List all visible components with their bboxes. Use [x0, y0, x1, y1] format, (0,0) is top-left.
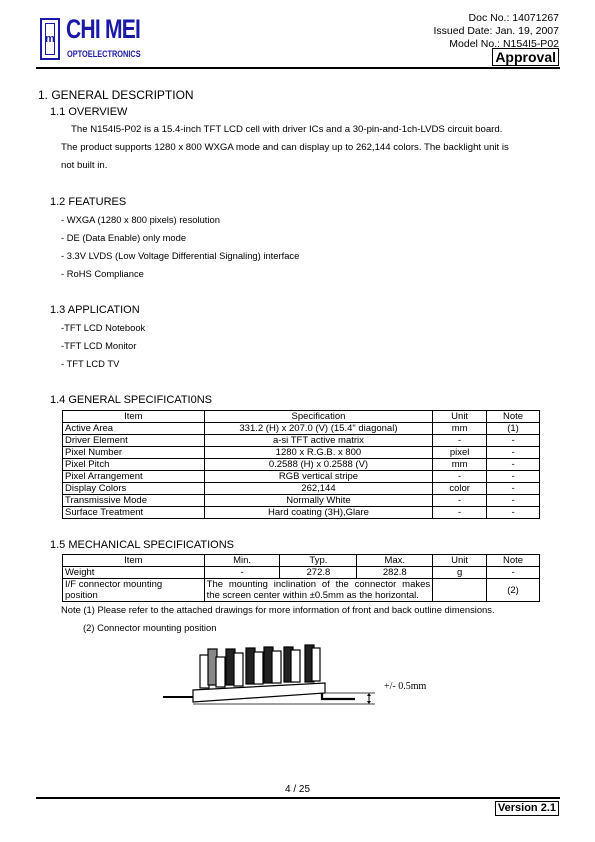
note-2: (2) Connector mounting position [83, 622, 216, 633]
tolerance-label: +/- 0.5mm [384, 681, 426, 692]
cell-specification: 262,144 [204, 483, 432, 495]
cell-item-line: I/F connector mounting [65, 579, 202, 590]
overview-line-3: not built in. [61, 157, 107, 175]
feature-item: - WXGA (1280 x 800 pixels) resolution [61, 214, 220, 225]
cell-note: (1) [487, 423, 540, 435]
cell-note: - [487, 447, 540, 459]
version-badge: Version 2.1 [495, 801, 559, 816]
logo-mark-glyph: m [45, 23, 55, 55]
table-row: I/F connector mounting position The moun… [63, 579, 540, 602]
cell-note: - [487, 507, 540, 519]
header-divider [36, 67, 560, 69]
cell-specification: 331.2 (H) x 207.0 (V) (15.4" diagonal) [204, 423, 432, 435]
logo-subtitle: OPTOELECTRONICS [67, 49, 141, 59]
column-header: Item [63, 411, 205, 423]
cell-note: (2) [487, 579, 540, 602]
column-header: Min. [204, 555, 280, 567]
table-row: Driver Elementa-si TFT active matrix-- [63, 435, 540, 447]
cell-item-line: position [65, 590, 202, 601]
overview-title: 1.1 OVERVIEW [50, 106, 127, 118]
cell-typ: 272.8 [280, 567, 357, 579]
column-header: Item [63, 555, 205, 567]
cell-unit: color [433, 483, 487, 495]
description-line: the screen center within ±0.5mm as the h… [207, 590, 430, 601]
mechanical-specs-table: Item Min. Typ. Max. Unit Note Weight - 2… [62, 554, 540, 602]
cell-note: - [487, 471, 540, 483]
cell-unit: - [433, 507, 487, 519]
table-row: Active Area331.2 (H) x 207.0 (V) (15.4" … [63, 423, 540, 435]
cell-unit: g [433, 567, 487, 579]
cell-item: Pixel Number [63, 447, 205, 459]
issued-date: Issued Date: Jan. 19, 2007 [433, 25, 559, 38]
cell-specification: 0.2588 (H) x 0.2588 (V) [204, 459, 432, 471]
column-header: Typ. [280, 555, 357, 567]
table-row: Pixel Pitch0.2588 (H) x 0.2588 (V)mm- [63, 459, 540, 471]
overview-line-1: The N154I5-P02 is a 15.4-inch TFT LCD ce… [71, 121, 502, 139]
column-header: Unit [433, 555, 487, 567]
cell-note: - [487, 567, 540, 579]
general-specs-table: Item Specification Unit Note Active Area… [62, 410, 540, 519]
cell-item: Weight [63, 567, 205, 579]
cell-item: Active Area [63, 423, 205, 435]
cell-unit: - [433, 471, 487, 483]
cell-specification: a-si TFT active matrix [204, 435, 432, 447]
table-row: Display Colors262,144color- [63, 483, 540, 495]
page-number: 4 / 25 [0, 784, 595, 795]
cell-item: Pixel Arrangement [63, 471, 205, 483]
cell-note: - [487, 495, 540, 507]
note-1: Note (1) Please refer to the attached dr… [61, 604, 495, 615]
cell-unit: - [433, 495, 487, 507]
cell-unit: pixel [433, 447, 487, 459]
logo-mark: m [40, 18, 60, 60]
cell-item: Driver Element [63, 435, 205, 447]
table-row: Weight - 272.8 282.8 g - [63, 567, 540, 579]
column-header: Note [487, 555, 540, 567]
doc-number: Doc No.: 14071267 [433, 12, 559, 25]
cell-item: Display Colors [63, 483, 205, 495]
cell-note: - [487, 459, 540, 471]
cell-unit [433, 579, 487, 602]
column-header: Specification [204, 411, 432, 423]
cell-specification: Normally White [204, 495, 432, 507]
feature-item: - 3.3V LVDS (Low Voltage Differential Si… [61, 250, 299, 261]
cell-item: Transmissive Mode [63, 495, 205, 507]
cell-unit: mm [433, 459, 487, 471]
column-header: Note [487, 411, 540, 423]
cell-unit: - [433, 435, 487, 447]
cell-item: I/F connector mounting position [63, 579, 205, 602]
description-line: The mounting inclination of the connecto… [207, 579, 430, 590]
cell-unit: mm [433, 423, 487, 435]
table-row: Pixel ArrangementRGB vertical stripe-- [63, 471, 540, 483]
application-item: -TFT LCD Notebook [61, 322, 145, 333]
table-row: Transmissive ModeNormally White-- [63, 495, 540, 507]
column-header: Max. [357, 555, 433, 567]
cell-specification: RGB vertical stripe [204, 471, 432, 483]
features-title: 1.2 FEATURES [50, 196, 126, 208]
application-title: 1.3 APPLICATION [50, 304, 140, 316]
cell-specification: Hard coating (3H),Glare [204, 507, 432, 519]
column-header: Unit [433, 411, 487, 423]
table-row: Surface TreatmentHard coating (3H),Glare… [63, 507, 540, 519]
cell-note: - [487, 483, 540, 495]
cell-item: Surface Treatment [63, 507, 205, 519]
section-title: 1. GENERAL DESCRIPTION [38, 88, 194, 102]
cell-max: 282.8 [357, 567, 433, 579]
table-row: Pixel Number1280 x R.G.B. x 800pixel- [63, 447, 540, 459]
cell-description: The mounting inclination of the connecto… [204, 579, 432, 602]
table-header-row: Item Specification Unit Note [63, 411, 540, 423]
application-item: -TFT LCD Monitor [61, 340, 136, 351]
general-specs-title: 1.4 GENERAL SPECIFICATI0NS [50, 394, 212, 406]
logo-title: CHI MEI [66, 14, 140, 44]
connector-diagram [150, 635, 450, 715]
mechanical-specs-title: 1.5 MECHANICAL SPECIFICATIONS [50, 539, 234, 551]
cell-note: - [487, 435, 540, 447]
cell-specification: 1280 x R.G.B. x 800 [204, 447, 432, 459]
cell-item: Pixel Pitch [63, 459, 205, 471]
overview-line-2: The product supports 1280 x 800 WXGA mod… [61, 139, 509, 157]
application-item: - TFT LCD TV [61, 358, 119, 369]
feature-item: - DE (Data Enable) only mode [61, 232, 186, 243]
doc-info: Doc No.: 14071267 Issued Date: Jan. 19, … [433, 12, 559, 51]
feature-item: - RoHS Compliance [61, 268, 144, 279]
table-header-row: Item Min. Typ. Max. Unit Note [63, 555, 540, 567]
approval-badge: Approval [492, 48, 559, 66]
footer-divider [36, 797, 560, 799]
cell-min: - [204, 567, 280, 579]
